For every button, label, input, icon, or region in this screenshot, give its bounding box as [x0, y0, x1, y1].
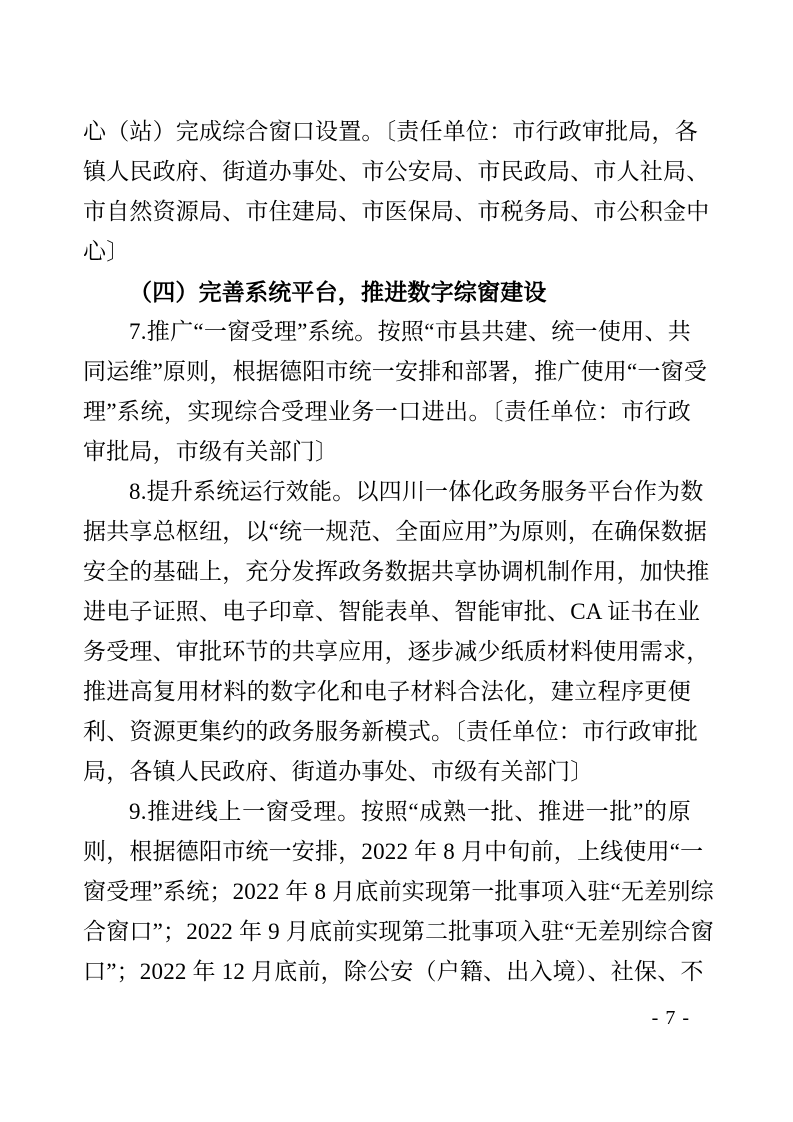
text-line: 务受理、审批环节的共享应用，逐步减少纸质材料使用需求，: [83, 632, 691, 672]
page-number: - 7 -: [652, 1005, 690, 1031]
text-line: 8.提升系统运行效能。以四川一体化政务服务平台作为数: [83, 472, 691, 512]
section-heading: （四）完善系统平台，推进数字综窗建设: [83, 272, 691, 312]
text-line: 则，根据德阳市统一安排，2022 年 8 月中旬前，上线使用“一: [83, 832, 691, 872]
document-body: 心（站）完成综合窗口设置。〔责任单位：市行政审批局，各 镇人民政府、街道办事处、…: [83, 112, 691, 992]
text-line: 局，各镇人民政府、街道办事处、市级有关部门〕: [83, 752, 691, 792]
text-line: 9.推进线上一窗受理。按照“成熟一批、推进一批”的原: [83, 792, 691, 832]
text-line: 合窗口”；2022 年 9 月底前实现第二批事项入驻“无差别综合窗: [83, 912, 691, 952]
text-line: 理”系统，实现综合受理业务一口进出。〔责任单位：市行政: [83, 392, 691, 432]
document-page: 心（站）完成综合窗口设置。〔责任单位：市行政审批局，各 镇人民政府、街道办事处、…: [0, 0, 793, 1122]
text-line: 审批局，市级有关部门〕: [83, 432, 691, 472]
text-line: 心（站）完成综合窗口设置。〔责任单位：市行政审批局，各: [83, 112, 691, 152]
text-line: 据共享总枢纽，以“统一规范、全面应用”为原则，在确保数据: [83, 512, 691, 552]
text-line: 同运维”原则，根据德阳市统一安排和部署，推广使用“一窗受: [83, 352, 691, 392]
text-line: 心〕: [83, 232, 691, 272]
text-line: 进电子证照、电子印章、智能表单、智能审批、CA 证书在业: [83, 592, 691, 632]
text-line: 利、资源更集约的政务服务新模式。〔责任单位：市行政审批: [83, 712, 691, 752]
text-line: 7.推广“一窗受理”系统。按照“市县共建、统一使用、共: [83, 312, 691, 352]
text-line: 安全的基础上，充分发挥政务数据共享协调机制作用，加快推: [83, 552, 691, 592]
text-line: 窗受理”系统；2022 年 8 月底前实现第一批事项入驻“无差别综: [83, 872, 691, 912]
text-line: 口”；2022 年 12 月底前，除公安（户籍、出入境）、社保、不: [83, 952, 691, 992]
text-line: 镇人民政府、街道办事处、市公安局、市民政局、市人社局、: [83, 152, 691, 192]
text-line: 市自然资源局、市住建局、市医保局、市税务局、市公积金中: [83, 192, 691, 232]
text-line: 推进高复用材料的数字化和电子材料合法化，建立程序更便: [83, 672, 691, 712]
